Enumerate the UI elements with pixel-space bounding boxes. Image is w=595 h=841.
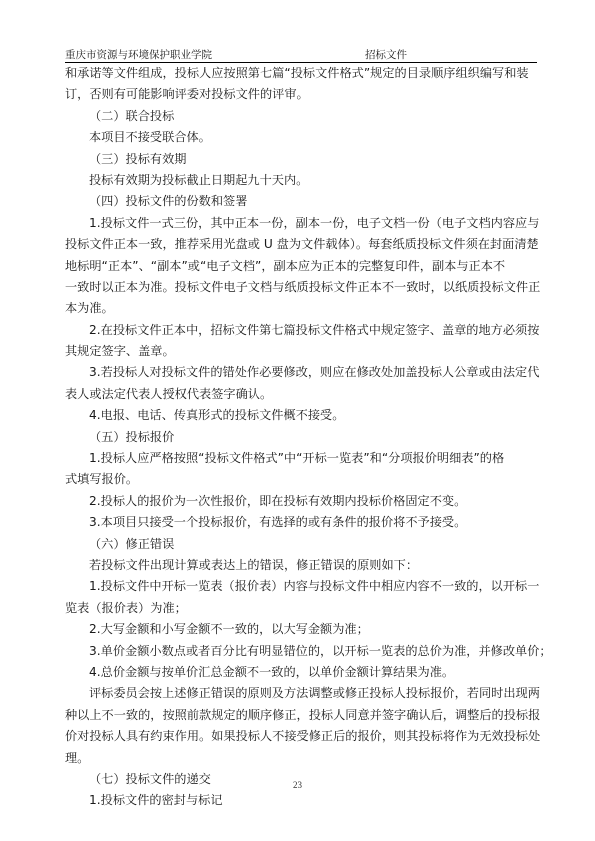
text-line: 2.在投标文件正本中，招标文件第七篇投标文件格式中规定签字、盖章的地方必须按 bbox=[65, 320, 537, 341]
text-line: （四）投标文件的份数和签署 bbox=[65, 191, 537, 212]
text-line: 价对投标人具有约束作用。如果投标人不接受修正后的报价，则其投标将作为无效投标处 bbox=[65, 726, 537, 747]
document-body: 和承诺等文件组成，投标人应按照第七篇“投标文件格式”规定的目录顺序组织编写和装订… bbox=[65, 63, 537, 812]
text-line: 表人或法定代表人授权代表签字确认。 bbox=[65, 384, 537, 405]
text-line: 1.投标人应严格按照“投标文件格式”中“开标一览表”和“分项报价明细表”的格 bbox=[65, 448, 537, 469]
text-line: 3.本项目只接受一个投标报价，有选择的或有条件的报价将不予接受。 bbox=[65, 512, 537, 533]
text-line: 式填写报价。 bbox=[65, 469, 537, 490]
page-number: 23 bbox=[0, 780, 595, 790]
text-line: 1.投标文件的密封与标记 bbox=[65, 790, 537, 811]
text-line: 理。 bbox=[65, 748, 537, 769]
text-line: 1.投标文件一式三份，其中正本一份，副本一份，电子文档一份（电子文档内容应与 bbox=[65, 213, 537, 234]
text-line: （三）投标有效期 bbox=[65, 149, 537, 170]
text-line: 览表（报价表）为准； bbox=[65, 598, 537, 619]
text-line: 订，否则有可能影响评委对投标文件的评审。 bbox=[65, 84, 537, 105]
text-line: 本为准。 bbox=[65, 298, 537, 319]
text-line: 4.总价金额与按单价汇总金额不一致的，以单价金额计算结果为准。 bbox=[65, 662, 537, 683]
text-line: 1.投标文件中开标一览表（报价表）内容与投标文件中相应内容不一致的，以开标一 bbox=[65, 576, 537, 597]
text-line: （二）联合投标 bbox=[65, 106, 537, 127]
text-line: 其规定签字、盖章。 bbox=[65, 341, 537, 362]
text-line: 4.电报、电话、传真形式的投标文件概不接受。 bbox=[65, 405, 537, 426]
text-line: 投标有效期为投标截止日期起九十天内。 bbox=[65, 170, 537, 191]
text-line: 地标明“正本”、“副本”或“电子文档”，副本应为正本的完整复印件，副本与正本不 bbox=[65, 256, 537, 277]
text-line: 投标文件正本一致，推荐采用光盘或 U 盘为文件载体）。每套纸质投标文件须在封面清… bbox=[65, 234, 537, 255]
text-line: （五）投标报价 bbox=[65, 427, 537, 448]
text-line: 2.大写金额和小写金额不一致的，以大写金额为准； bbox=[65, 619, 537, 640]
text-line: 本项目不接受联合体。 bbox=[65, 127, 537, 148]
header-school-name: 重庆市资源与环境保护职业学院 bbox=[65, 48, 212, 62]
text-line: 一致时以正本为准。投标文件电子文档与纸质投标文件正本不一致时，以纸质投标文件正 bbox=[65, 277, 537, 298]
text-line: 种以上不一致的，按照前款规定的顺序修正，投标人同意并签字确认后，调整后的投标报 bbox=[65, 705, 537, 726]
text-line: 2.投标人的报价为一次性报价，即在投标有效期内投标价格固定不变。 bbox=[65, 491, 537, 512]
text-line: 若投标文件出现计算或表达上的错误，修正错误的原则如下： bbox=[65, 555, 537, 576]
text-line: （六）修正错误 bbox=[65, 534, 537, 555]
text-line: 和承诺等文件组成，投标人应按照第七篇“投标文件格式”规定的目录顺序组织编写和装 bbox=[65, 63, 537, 84]
text-line: 评标委员会按上述修正错误的原则及方法调整或修正投标人投标报价，若同时出现两 bbox=[65, 683, 537, 704]
text-line: 3.单价金额小数点或者百分比有明显错位的，以开标一览表的总价为准，并修改单价； bbox=[65, 641, 537, 662]
header-document-title: 招标文件 bbox=[365, 48, 407, 62]
page-header: 重庆市资源与环境保护职业学院 招标文件 bbox=[65, 48, 537, 63]
text-line: 3.若投标人对投标文件的错处作必要修改，则应在修改处加盖投标人公章或由法定代 bbox=[65, 362, 537, 383]
